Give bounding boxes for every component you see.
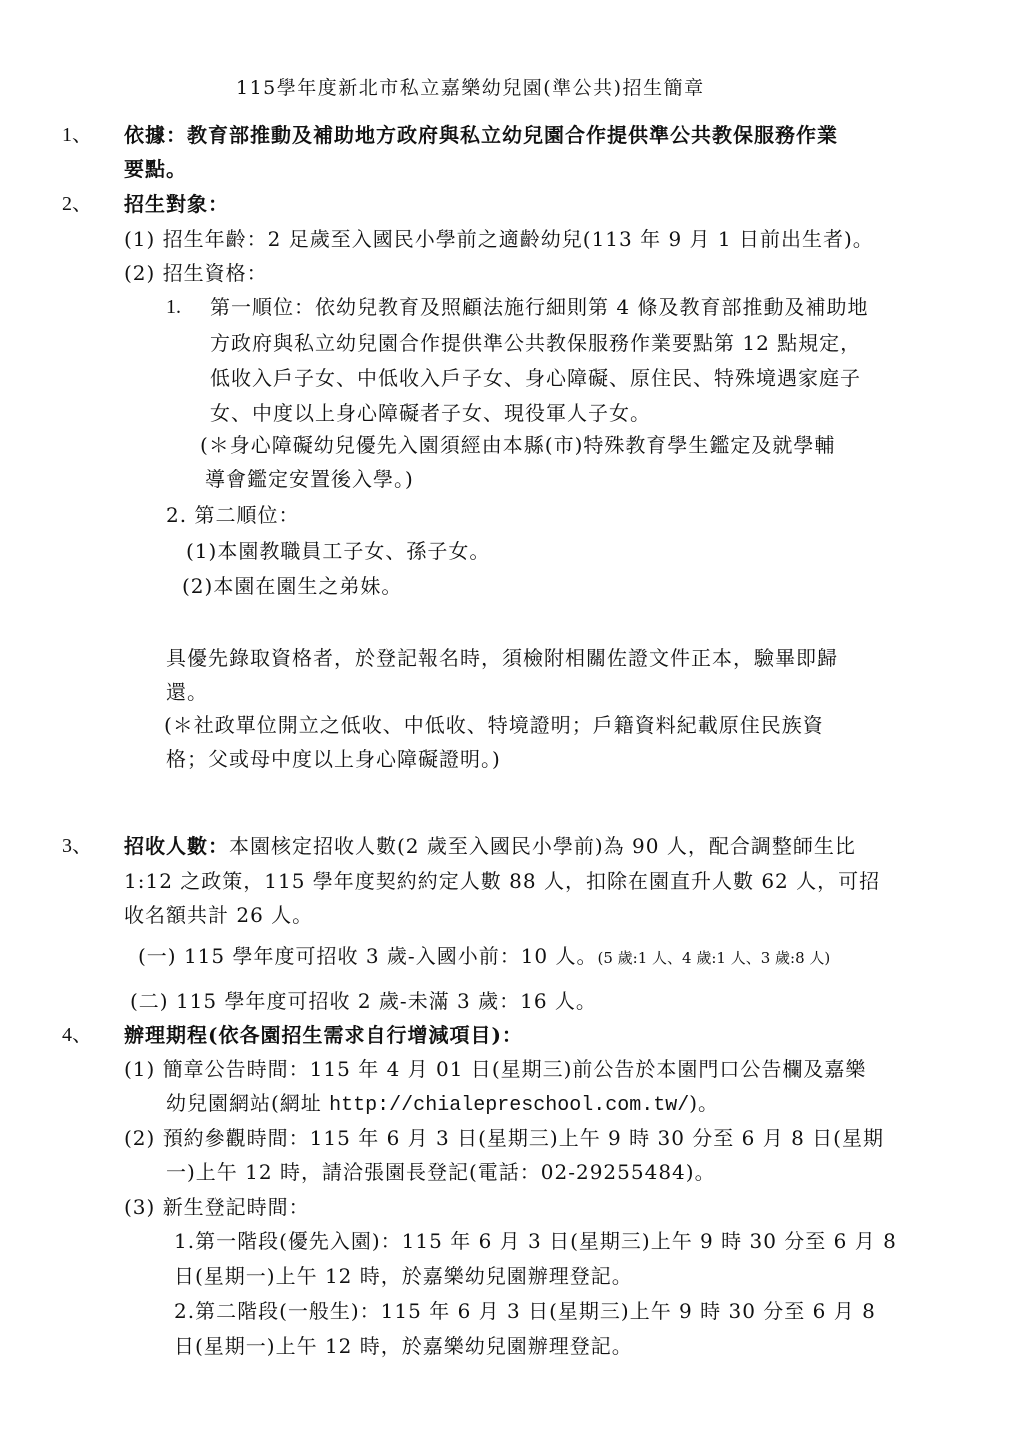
quota-item-2: (二) 115 學年度可招收 2 歲-未滿 3 歲：16 人。 — [130, 988, 597, 1014]
registration-stage-2-cont: 日(星期一)上午 12 時，於嘉樂幼兒園辦理登記。 — [174, 1333, 633, 1359]
section-3-number: 3、 — [62, 833, 92, 859]
registration-stage-1-cont: 日(星期一)上午 12 時，於嘉樂幼兒園辦理登記。 — [174, 1263, 633, 1289]
second-priority: 2. 第二順位： — [166, 502, 299, 528]
quota-item-1: (一) 115 學年度可招收 3 歲-入國小前：10 人。(5 歲:1 人、4 … — [138, 943, 830, 971]
registration-heading: (3) 新生登記時間： — [124, 1194, 310, 1220]
priority-note: 還。 — [166, 679, 208, 705]
qualification-text: 招生資格： — [163, 261, 268, 285]
age-label: (1) — [124, 227, 163, 251]
registration-label: (3) — [124, 1195, 163, 1219]
section-4-heading: 辦理期程(依各園招生需求自行增減項目)： — [124, 1022, 523, 1048]
section-1-text-cont: 要點。 — [124, 156, 187, 182]
first-priority-note: (＊身心障礙幼兒優先入園須經由本縣(市)特殊教育學生鑑定及就學輔 — [200, 432, 835, 458]
section-2-number: 2、 — [62, 191, 92, 217]
first-priority-note: 導會鑑定安置後入學。) — [205, 466, 414, 492]
section-1-text: 教育部推動及補助地方政府與私立幼兒園合作提供準公共教保服務作業 — [187, 123, 838, 147]
age-criteria: (1) 招生年齡：2 足歲至入國民小學前之適齡幼兒(113 年 9 月 1 日前… — [124, 226, 874, 252]
announce-text-cont: 幼兒園網站(網址 — [166, 1091, 329, 1115]
registration-stage-1: 1.第一階段(優先入園)：115 年 6 月 3 日(星期三)上午 9 時 30… — [174, 1228, 897, 1254]
document-title: 115學年度新北市私立嘉樂幼兒園(準公共)招生簡章 — [236, 75, 705, 101]
section-3-text: 本園核定招收人數(2 歲至入國民小學前)為 90 人，配合調整師生比 — [229, 834, 856, 858]
website-link[interactable]: http://chialepreschool.com.tw/ — [329, 1094, 689, 1117]
announce-line-cont: 幼兒園網站(網址 http://chialepreschool.com.tw/)… — [166, 1090, 719, 1119]
quota-detail: (5 歲:1 人、4 歲:1 人、3 歲:8 人) — [598, 949, 831, 967]
section-1-heading-line: 依據：教育部推動及補助地方政府與私立幼兒園合作提供準公共教保服務作業 — [124, 122, 838, 148]
second-priority-text: 第二順位： — [194, 503, 299, 527]
section-3-line: 招收人數：本園核定招收人數(2 歲至入國民小學前)為 90 人，配合調整師生比 — [124, 833, 856, 859]
priority-note: (＊社政單位開立之低收、中低收、特境證明；戶籍資料紀載原住民族資 — [164, 712, 824, 738]
priority-note: 格；父或母中度以上身心障礙證明。) — [166, 746, 501, 772]
first-priority-line: 低收入戶子女、中低收入戶子女、身心障礙、原住民、特殊境遇家庭子 — [210, 365, 861, 391]
second-priority-label: 2. — [166, 503, 187, 527]
visit-text: 預約參觀時間：115 年 6 月 3 日(星期三)上午 9 時 30 分至 6 … — [163, 1126, 884, 1150]
section-2-heading: 招生對象： — [124, 191, 229, 217]
section-3-heading: 招收人數： — [124, 834, 229, 858]
section-3-text-cont: 1:12 之政策，115 學年度契約約定人數 88 人，扣除在園直升人數 62 … — [124, 868, 880, 894]
document-page: 115學年度新北市私立嘉樂幼兒園(準公共)招生簡章 1、 依據：教育部推動及補助… — [0, 0, 1024, 1448]
announce-text: 簡章公告時間：115 年 4 月 01 日(星期三)前公告於本園門口公告欄及嘉樂 — [163, 1057, 867, 1081]
announce-text-end: )。 — [689, 1091, 719, 1115]
priority-note: 具優先錄取資格者，於登記報名時，須檢附相關佐證文件正本，驗畢即歸 — [166, 645, 838, 671]
quota-text: (一) 115 學年度可招收 3 歲-入國小前：10 人。 — [138, 944, 598, 968]
first-priority-line: 第一順位：依幼兒教育及照顧法施行細則第 4 條及教育部推動及補助地 — [210, 294, 868, 320]
second-priority-item: (1)本園教職員工子女、孫子女。 — [186, 538, 490, 564]
first-priority-label: 1. — [166, 294, 181, 320]
second-priority-item: (2)本園在園生之弟妹。 — [182, 573, 402, 599]
section-1-heading: 依據： — [124, 123, 187, 147]
registration-stage-2: 2.第二階段(一般生)：115 年 6 月 3 日(星期三)上午 9 時 30 … — [174, 1298, 876, 1324]
qualification-heading: (2) 招生資格： — [124, 260, 268, 286]
section-4-number: 4、 — [62, 1022, 92, 1048]
announce-label: (1) — [124, 1057, 163, 1081]
announce-line: (1) 簡章公告時間：115 年 4 月 01 日(星期三)前公告於本園門口公告… — [124, 1056, 866, 1082]
visit-label: (2) — [124, 1126, 163, 1150]
section-1-number: 1、 — [62, 122, 92, 148]
first-priority-line: 方政府與私立幼兒園合作提供準公共教保服務作業要點第 12 點規定， — [210, 330, 861, 356]
age-text: 招生年齡：2 足歲至入國民小學前之適齡幼兒(113 年 9 月 1 日前出生者)… — [163, 227, 874, 251]
first-priority-line: 女、中度以上身心障礙者子女、現役軍人子女。 — [210, 400, 651, 426]
visit-text-cont: 一)上午 12 時，請洽張園長登記(電話：02-29255484)。 — [166, 1159, 716, 1185]
registration-text: 新生登記時間： — [163, 1195, 310, 1219]
section-3-text-cont: 收名額共計 26 人。 — [124, 902, 313, 928]
visit-line: (2) 預約參觀時間：115 年 6 月 3 日(星期三)上午 9 時 30 分… — [124, 1125, 884, 1151]
qualification-label: (2) — [124, 261, 163, 285]
